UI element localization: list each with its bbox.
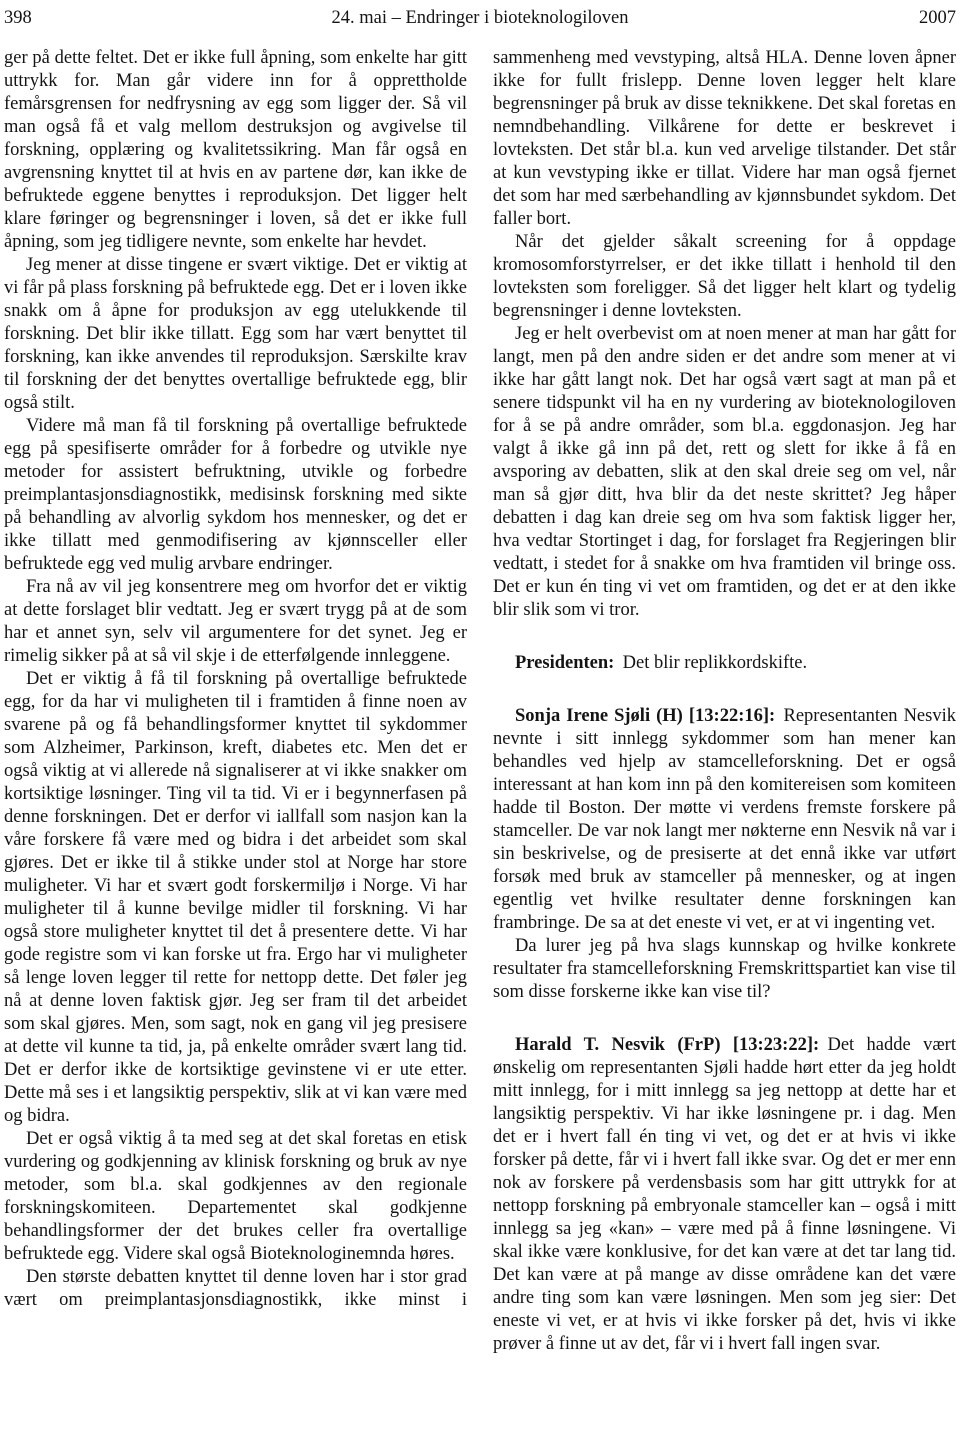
- paragraph-text: Representanten Nesvik nevnte i sitt innl…: [493, 706, 956, 933]
- paragraph-text: sammenheng med vevstyping, altså HLA. De…: [493, 48, 956, 229]
- document-page: 398 24. mai – Endringer i bioteknologilo…: [4, 6, 956, 1432]
- paragraph: Den største debatten knyttet til denne l…: [4, 1266, 467, 1312]
- paragraph: Jeg er helt overbevist om at noen mener …: [493, 323, 956, 622]
- paragraph-text: Videre må man få til forskning på overta…: [4, 416, 467, 574]
- text-columns: ger på dette feltet. Det er ikke full åp…: [4, 47, 956, 1432]
- speaker-name: Presidenten:: [515, 653, 623, 673]
- page-header: 398 24. mai – Endringer i bioteknologilo…: [4, 6, 956, 32]
- paragraph: Det er også viktig å ta med seg at det s…: [4, 1128, 467, 1266]
- left-column: ger på dette feltet. Det er ikke full åp…: [4, 47, 467, 1432]
- paragraph-text: Jeg mener at disse tingene er svært vikt…: [4, 255, 467, 413]
- paragraph: Da lurer jeg på hva slags kunnskap og hv…: [493, 935, 956, 1004]
- speech-paragraph: Sonja Irene Sjøli (H) [13:22:16]:Represe…: [493, 705, 956, 935]
- speaker-name: Harald T. Nesvik (FrP) [13:23:22]:: [515, 1035, 827, 1055]
- header-title: 24. mai – Endringer i bioteknologiloven: [4, 6, 956, 30]
- speech-paragraph: Harald T. Nesvik (FrP) [13:23:22]:Det ha…: [493, 1034, 956, 1356]
- paragraph-text: Jeg er helt overbevist om at noen mener …: [493, 324, 956, 620]
- right-column: sammenheng med vevstyping, altså HLA. De…: [493, 47, 956, 1432]
- paragraph: Jeg mener at disse tingene er svært vikt…: [4, 254, 467, 415]
- header-year: 2007: [919, 6, 956, 30]
- paragraph-text: Da lurer jeg på hva slags kunnskap og hv…: [493, 936, 956, 1002]
- paragraph-text: Den største debatten knyttet til denne l…: [4, 1267, 467, 1310]
- paragraph: Når det gjelder såkalt screening for å o…: [493, 231, 956, 323]
- paragraph: sammenheng med vevstyping, altså HLA. De…: [493, 47, 956, 231]
- paragraph-text: Når det gjelder såkalt screening for å o…: [493, 232, 956, 321]
- paragraph-text: Fra nå av vil jeg konsentrere meg om hvo…: [4, 577, 467, 666]
- paragraph-text: Det hadde vært ønskelig om representante…: [493, 1035, 956, 1354]
- paragraph-text: Det er også viktig å ta med seg at det s…: [4, 1129, 467, 1264]
- paragraph-text: Det blir replikkordskifte.: [623, 653, 807, 673]
- paragraph: Det er viktig å få til forskning på over…: [4, 668, 467, 1128]
- paragraph: Videre må man få til forskning på overta…: [4, 415, 467, 576]
- paragraph: ger på dette feltet. Det er ikke full åp…: [4, 47, 467, 254]
- paragraph-text: ger på dette feltet. Det er ikke full åp…: [4, 48, 467, 252]
- speech-paragraph: Presidenten:Det blir replikkordskifte.: [493, 652, 956, 675]
- paragraph-text: Det er viktig å få til forskning på over…: [4, 669, 467, 1126]
- paragraph: Fra nå av vil jeg konsentrere meg om hvo…: [4, 576, 467, 668]
- speaker-name: Sonja Irene Sjøli (H) [13:22:16]:: [515, 706, 784, 726]
